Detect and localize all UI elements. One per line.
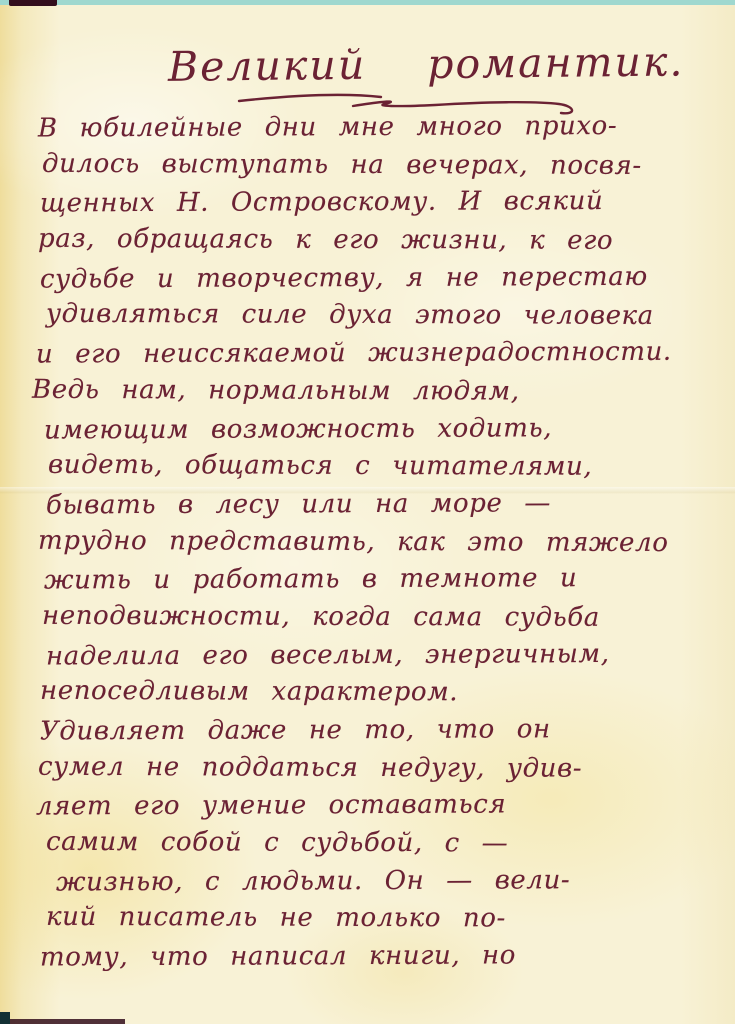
scanned-manuscript-page: { "document": { "kind": "handwritten man… — [0, 0, 735, 1024]
scan-edge-bottom-strip — [10, 1019, 125, 1024]
manuscript-line: В юбилейные дни мне много прихо- — [38, 111, 720, 152]
manuscript-line: тому, что написал книги, но — [40, 940, 720, 981]
manuscript-line: неподвижности, когда сама судьба — [42, 601, 720, 641]
scan-edge-top-strip — [0, 0, 735, 5]
manuscript-line: самим собой с судьбой, с — — [46, 827, 720, 867]
manuscript-line: непоседливым характером. — [40, 676, 720, 716]
manuscript-line: наделила его веселым, энергичным, — [46, 638, 720, 679]
manuscript-line: и его неиссякаемой жизнерадостности. — [36, 337, 720, 378]
manuscript-line: жить и работать в темноте и — [44, 563, 720, 604]
manuscript-line: раз, обращаясь к его жизни, к его — [38, 224, 720, 264]
manuscript-line: Ведь нам, нормальным людям, — [32, 375, 720, 415]
manuscript-line: имеющим возможность ходить, — [44, 412, 720, 453]
manuscript-line: удивляться силе духа этого человека — [46, 299, 720, 339]
manuscript-line: бывать в лесу или на море — — [46, 487, 720, 528]
manuscript-line: сумел не поддаться недугу, удив- — [38, 751, 720, 791]
manuscript-line: судьбе и творчеству, я не перестаю — [40, 261, 720, 302]
manuscript-title: Великий романтик. — [168, 37, 708, 91]
manuscript-line: кий писатель не только по- — [46, 902, 720, 942]
scan-edge-dark-bar — [9, 0, 57, 6]
manuscript-body: В юбилейные дни мне много прихо- дилось … — [36, 112, 720, 979]
scan-corner-mark — [0, 1012, 10, 1024]
manuscript-line: щенных Н. Островскому. И всякий — [40, 186, 720, 227]
manuscript-line: ляет его умение оставаться — [36, 789, 720, 830]
manuscript-line: трудно представить, как это тяжело — [38, 525, 720, 565]
manuscript-line: Удивляет даже не то, что он — [40, 714, 720, 755]
manuscript-line: жизнью, с людьми. Он — вели- — [56, 864, 720, 905]
manuscript-line: дилось выступать на вечерах, посвя- — [42, 149, 720, 189]
manuscript-line: видеть, общаться с читателями, — [48, 450, 720, 490]
